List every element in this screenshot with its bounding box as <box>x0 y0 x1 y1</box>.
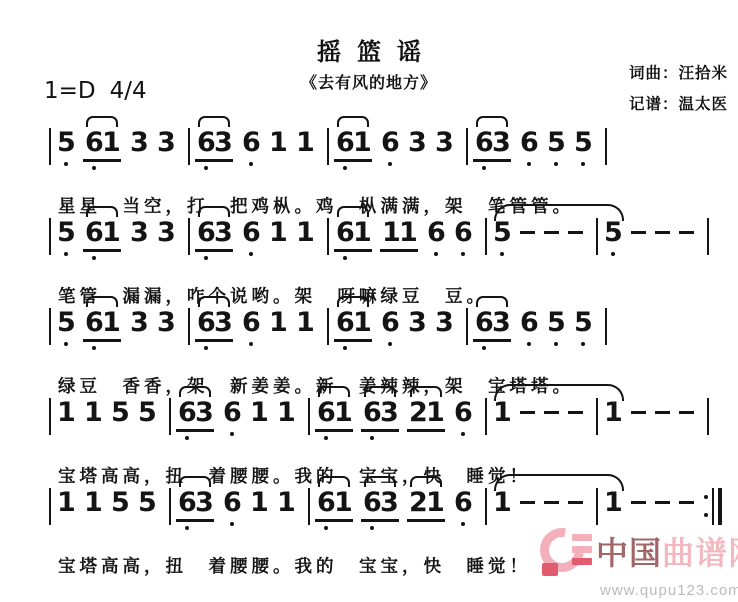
octave-dot <box>92 256 96 260</box>
note-digit: 6 <box>197 128 214 158</box>
note-digit: 1 <box>102 128 119 158</box>
note: 5 <box>137 488 156 528</box>
note: 3 <box>129 308 148 348</box>
barline <box>49 308 51 345</box>
barline <box>605 308 607 345</box>
beam-group: 61 <box>334 218 372 262</box>
note-digit: 6 <box>336 308 353 338</box>
note-digit: 5 <box>574 308 591 338</box>
octave-dot <box>204 256 208 260</box>
barline <box>327 308 329 345</box>
slur-arc <box>337 206 369 217</box>
note-digit: 3 <box>157 218 174 248</box>
note: 3 <box>156 218 175 258</box>
note-digit: 3 <box>408 128 425 158</box>
note-digit: 1 <box>269 218 286 248</box>
logo-bar <box>572 558 592 565</box>
octave-dot <box>370 436 374 440</box>
barline <box>596 218 598 255</box>
octave-dot <box>249 162 253 166</box>
note: 1 <box>276 488 295 528</box>
barline <box>707 218 709 255</box>
barline <box>308 488 310 525</box>
octave-dot <box>249 252 253 256</box>
octave-dot <box>611 252 615 256</box>
note: 3 <box>407 308 426 348</box>
octave-dot <box>554 162 558 166</box>
note-digit: 5 <box>138 488 155 518</box>
note-digit: 3 <box>492 128 509 158</box>
note: 6 <box>380 308 399 348</box>
octave-dot <box>64 252 68 256</box>
note-digit: 6 <box>454 218 471 248</box>
note-digit: 3 <box>435 308 452 338</box>
logo-bar <box>572 534 592 541</box>
note-digit: 1 <box>604 398 621 428</box>
beam-group: 63 <box>361 398 399 442</box>
beam-group: 61 <box>83 218 121 262</box>
note-digit: 6 <box>363 398 380 428</box>
note-digit: 6 <box>178 398 195 428</box>
note-digit: 5 <box>547 128 564 158</box>
note: 1 <box>268 308 287 348</box>
barline <box>188 218 190 255</box>
octave-dot <box>204 346 208 350</box>
note-digit: 3 <box>214 218 231 248</box>
note: 6 <box>519 128 538 168</box>
logo-corner-shape <box>542 563 558 576</box>
note: 3 <box>434 308 453 348</box>
note-digit: 1 <box>250 488 267 518</box>
note-digit: 1 <box>296 308 313 338</box>
note-digit: 3 <box>157 128 174 158</box>
note-digit: 3 <box>195 398 212 428</box>
note: 1 <box>492 488 511 528</box>
octave-dot <box>527 162 531 166</box>
note-digit: 1 <box>353 128 370 158</box>
note: 5 <box>603 218 622 258</box>
note-digit: 2 <box>409 398 426 428</box>
octave-dot <box>461 522 465 526</box>
note-digit: 1 <box>269 128 286 158</box>
duration-dash <box>654 398 670 414</box>
barline <box>466 308 468 345</box>
logo-bars <box>572 534 592 565</box>
watermark-row: 中国曲谱网 <box>540 526 738 580</box>
note-digit: 5 <box>547 308 564 338</box>
note: 5 <box>56 128 75 168</box>
note: 3 <box>407 128 426 168</box>
note: 6 <box>241 128 260 168</box>
score-line: 56133636116163363655绿豆 香香，架 新姜姜。新 姜辣辣，架 … <box>44 294 612 398</box>
note-digit: 5 <box>57 308 74 338</box>
barline <box>169 488 171 525</box>
duration-dash <box>678 488 694 504</box>
octave-dot <box>185 436 189 440</box>
note-digit: 1 <box>57 488 74 518</box>
octave-dot <box>230 432 234 436</box>
note-digit: 5 <box>57 128 74 158</box>
note: 5 <box>546 308 565 348</box>
note-digit: 6 <box>317 488 334 518</box>
note: 1 <box>295 308 314 348</box>
note: 6 <box>241 218 260 258</box>
octave-dot <box>64 162 68 166</box>
note-digit: 6 <box>427 218 444 248</box>
barline <box>707 398 709 435</box>
note: 1 <box>295 218 314 258</box>
sheet-music-page: 摇篮谣 《去有风的地方》 1=D4/4 词曲：汪拾米 记谱：温太医 561336… <box>0 0 738 602</box>
note: 6 <box>426 218 445 258</box>
duration-dash <box>678 218 694 234</box>
note: 1 <box>249 398 268 438</box>
beam-group: 21 <box>407 398 445 442</box>
octave-dot <box>581 162 585 166</box>
barline <box>49 488 51 525</box>
watermark-brand: 中国曲谱网 <box>596 536 738 570</box>
watermark-brand-sub: 曲谱网 <box>662 534 738 572</box>
beam-group: 61 <box>334 128 372 172</box>
slur-arc <box>179 386 211 397</box>
note: 6 <box>241 308 260 348</box>
note-digit: 1 <box>102 308 119 338</box>
score-line: 561336361161116655笔管 漏漏，咋个说哟。架 呀嘛绿豆 豆。 <box>44 204 714 308</box>
octave-dot <box>461 252 465 256</box>
note-digit: 6 <box>336 218 353 248</box>
note-digit: 1 <box>102 218 119 248</box>
octave-dot <box>64 342 68 346</box>
note-digit: 5 <box>493 218 510 248</box>
note: 1 <box>492 398 511 438</box>
slur-arc <box>364 386 396 397</box>
barline <box>485 488 487 525</box>
barline <box>466 128 468 165</box>
note-digit: 6 <box>242 128 259 158</box>
note-digit: 1 <box>604 488 621 518</box>
octave-dot <box>92 346 96 350</box>
note-digit: 6 <box>475 308 492 338</box>
note: 1 <box>249 488 268 528</box>
octave-dot <box>370 526 374 530</box>
note-digit: 1 <box>250 398 267 428</box>
note-digit: 1 <box>84 398 101 428</box>
note-digit: 1 <box>296 218 313 248</box>
note: 1 <box>83 398 102 438</box>
slur-arc <box>410 386 442 397</box>
note-digit: 3 <box>492 308 509 338</box>
note-digit: 6 <box>85 128 102 158</box>
note-digit: 1 <box>382 218 399 248</box>
note-digit: 6 <box>363 488 380 518</box>
slur-arc <box>476 116 508 127</box>
music-line: 561336361161116655 <box>44 204 714 274</box>
octave-dot <box>388 162 392 166</box>
note: 6 <box>519 308 538 348</box>
slur-arc <box>86 206 118 217</box>
watermark: 中国曲谱网 www.qupu123.com <box>540 526 738 599</box>
note: 3 <box>156 308 175 348</box>
beam-group: 63 <box>361 488 399 532</box>
beam-group: 21 <box>407 488 445 532</box>
music-line: 56133636116163363655 <box>44 114 612 184</box>
note-digit: 3 <box>214 308 231 338</box>
beam-group: 63 <box>473 128 511 172</box>
note-digit: 5 <box>111 398 128 428</box>
score-area: 56133636116163363655星星 当空，打 把鸡枞。鸡 枞满满，架 … <box>0 0 738 602</box>
note-digit: 3 <box>380 488 397 518</box>
beam-group: 63 <box>176 398 214 442</box>
note-digit: 6 <box>85 218 102 248</box>
note-digit: 1 <box>426 398 443 428</box>
note: 3 <box>434 128 453 168</box>
note-digit: 6 <box>381 308 398 338</box>
note-digit: 6 <box>475 128 492 158</box>
duration-dash <box>630 488 646 504</box>
note-digit: 1 <box>353 218 370 248</box>
note-digit: 1 <box>84 488 101 518</box>
beam-group: 63 <box>195 308 233 352</box>
barline <box>327 128 329 165</box>
note-digit: 6 <box>454 488 471 518</box>
octave-dot <box>92 166 96 170</box>
score-line: 115563611616321611宝塔高高，扭 着腰腰。我的 宝宝，快 睡觉！ <box>44 384 714 488</box>
octave-dot <box>204 166 208 170</box>
beam-group: 61 <box>83 128 121 172</box>
note: 1 <box>276 398 295 438</box>
octave-dot <box>388 342 392 346</box>
octave-dot <box>185 526 189 530</box>
note-digit: 5 <box>604 218 621 248</box>
note: 1 <box>603 398 622 438</box>
note-digit: 6 <box>85 308 102 338</box>
note-digit: 5 <box>574 128 591 158</box>
barline <box>49 128 51 165</box>
beam-group: 61 <box>83 308 121 352</box>
octave-dot <box>527 342 531 346</box>
beam-group: 61 <box>315 398 353 442</box>
duration-dash <box>630 218 646 234</box>
octave-dot <box>324 526 328 530</box>
watermark-url: www.qupu123.com <box>600 582 738 599</box>
octave-dot <box>554 342 558 346</box>
note: 5 <box>492 218 511 258</box>
note: 6 <box>453 218 472 258</box>
beam-group: 63 <box>473 308 511 352</box>
note-digit: 6 <box>178 488 195 518</box>
barline <box>327 218 329 255</box>
note-digit: 6 <box>454 398 471 428</box>
note-digit: 5 <box>111 488 128 518</box>
beam-group: 61 <box>315 488 353 532</box>
octave-dot <box>500 252 504 256</box>
beam-group: 61 <box>334 308 372 352</box>
note: 1 <box>56 398 75 438</box>
note-digit: 1 <box>57 398 74 428</box>
note-digit: 2 <box>409 488 426 518</box>
beam-group: 63 <box>195 128 233 172</box>
note-digit: 6 <box>317 398 334 428</box>
note-digit: 1 <box>296 128 313 158</box>
barline <box>485 218 487 255</box>
note: 6 <box>380 128 399 168</box>
note-digit: 3 <box>130 308 147 338</box>
note-digit: 1 <box>334 398 351 428</box>
note-digit: 3 <box>157 308 174 338</box>
note-digit: 6 <box>197 308 214 338</box>
slur-arc <box>198 116 230 127</box>
note-digit: 3 <box>195 488 212 518</box>
note-digit: 6 <box>336 128 353 158</box>
note-digit: 6 <box>520 308 537 338</box>
repeat-end-barline <box>704 488 722 525</box>
octave-dot <box>581 342 585 346</box>
watermark-brand-main: 中国 <box>596 534 662 572</box>
slur-arc <box>86 296 118 307</box>
note: 5 <box>110 398 129 438</box>
note: 1 <box>268 218 287 258</box>
note-digit: 5 <box>57 218 74 248</box>
note: 5 <box>137 398 156 438</box>
duration-dash <box>654 218 670 234</box>
duration-dash <box>678 398 694 414</box>
note: 6 <box>453 488 472 528</box>
note: 1 <box>268 128 287 168</box>
barline <box>49 398 51 435</box>
note-digit: 6 <box>197 218 214 248</box>
octave-dot <box>343 256 347 260</box>
note-digit: 3 <box>435 128 452 158</box>
barline <box>49 218 51 255</box>
barline <box>596 488 598 525</box>
octave-dot <box>324 436 328 440</box>
slur-arc <box>364 476 396 487</box>
note-digit: 3 <box>214 128 231 158</box>
note-digit: 1 <box>493 398 510 428</box>
note: 1 <box>83 488 102 528</box>
music-line: 115563611616321611 <box>44 384 714 454</box>
note-digit: 3 <box>130 218 147 248</box>
tie-arc <box>494 384 624 401</box>
note-digit: 1 <box>493 488 510 518</box>
octave-dot <box>461 432 465 436</box>
note-digit: 6 <box>223 398 240 428</box>
slur-arc <box>318 386 350 397</box>
note-digit: 1 <box>399 218 416 248</box>
note: 1 <box>56 488 75 528</box>
logo-bar <box>572 546 592 553</box>
note: 6 <box>453 398 472 438</box>
slur-arc <box>337 296 369 307</box>
octave-dot <box>343 346 347 350</box>
note-digit: 1 <box>334 488 351 518</box>
note: 6 <box>222 398 241 438</box>
note: 3 <box>129 128 148 168</box>
barline <box>188 308 190 345</box>
note-digit: 6 <box>520 128 537 158</box>
note-digit: 1 <box>277 488 294 518</box>
note-digit: 3 <box>380 398 397 428</box>
octave-dot <box>482 346 486 350</box>
note: 5 <box>573 128 592 168</box>
barline <box>308 398 310 435</box>
octave-dot <box>343 166 347 170</box>
note: 5 <box>56 218 75 258</box>
note-digit: 3 <box>408 308 425 338</box>
slur-arc <box>198 206 230 217</box>
note: 1 <box>295 128 314 168</box>
note: 1 <box>603 488 622 528</box>
note-digit: 6 <box>223 488 240 518</box>
note-digit: 1 <box>277 398 294 428</box>
octave-dot <box>249 342 253 346</box>
duration-dash <box>630 398 646 414</box>
slur-arc <box>198 296 230 307</box>
note: 3 <box>129 218 148 258</box>
note-digit: 6 <box>242 308 259 338</box>
beam-group: 11 <box>380 218 418 262</box>
note: 5 <box>546 128 565 168</box>
duration-dash <box>654 488 670 504</box>
note-digit: 3 <box>130 128 147 158</box>
beam-group: 63 <box>195 218 233 262</box>
barline <box>485 398 487 435</box>
note-digit: 1 <box>426 488 443 518</box>
barline <box>605 128 607 165</box>
note: 5 <box>110 488 129 528</box>
slur-arc <box>337 116 369 127</box>
slur-arc <box>179 476 211 487</box>
note: 5 <box>56 308 75 348</box>
barline <box>596 398 598 435</box>
octave-dot <box>434 252 438 256</box>
note: 3 <box>156 128 175 168</box>
music-line: 56133636116163363655 <box>44 294 612 364</box>
tie-arc <box>494 474 624 491</box>
qupu-logo-icon <box>540 526 596 580</box>
octave-dot <box>482 166 486 170</box>
tie-arc <box>494 204 624 221</box>
note-digit: 1 <box>353 308 370 338</box>
octave-dot <box>230 522 234 526</box>
note-digit: 6 <box>242 218 259 248</box>
note-digit: 1 <box>269 308 286 338</box>
note-digit: 5 <box>138 398 155 428</box>
note-digit: 6 <box>381 128 398 158</box>
slur-arc <box>410 476 442 487</box>
note: 6 <box>222 488 241 528</box>
slur-arc <box>86 116 118 127</box>
barline <box>188 128 190 165</box>
slur-arc <box>318 476 350 487</box>
score-line: 56133636116163363655星星 当空，打 把鸡枞。鸡 枞满满，架 … <box>44 114 612 218</box>
beam-group: 63 <box>176 488 214 532</box>
note: 5 <box>573 308 592 348</box>
barline <box>169 398 171 435</box>
slur-arc <box>476 296 508 307</box>
